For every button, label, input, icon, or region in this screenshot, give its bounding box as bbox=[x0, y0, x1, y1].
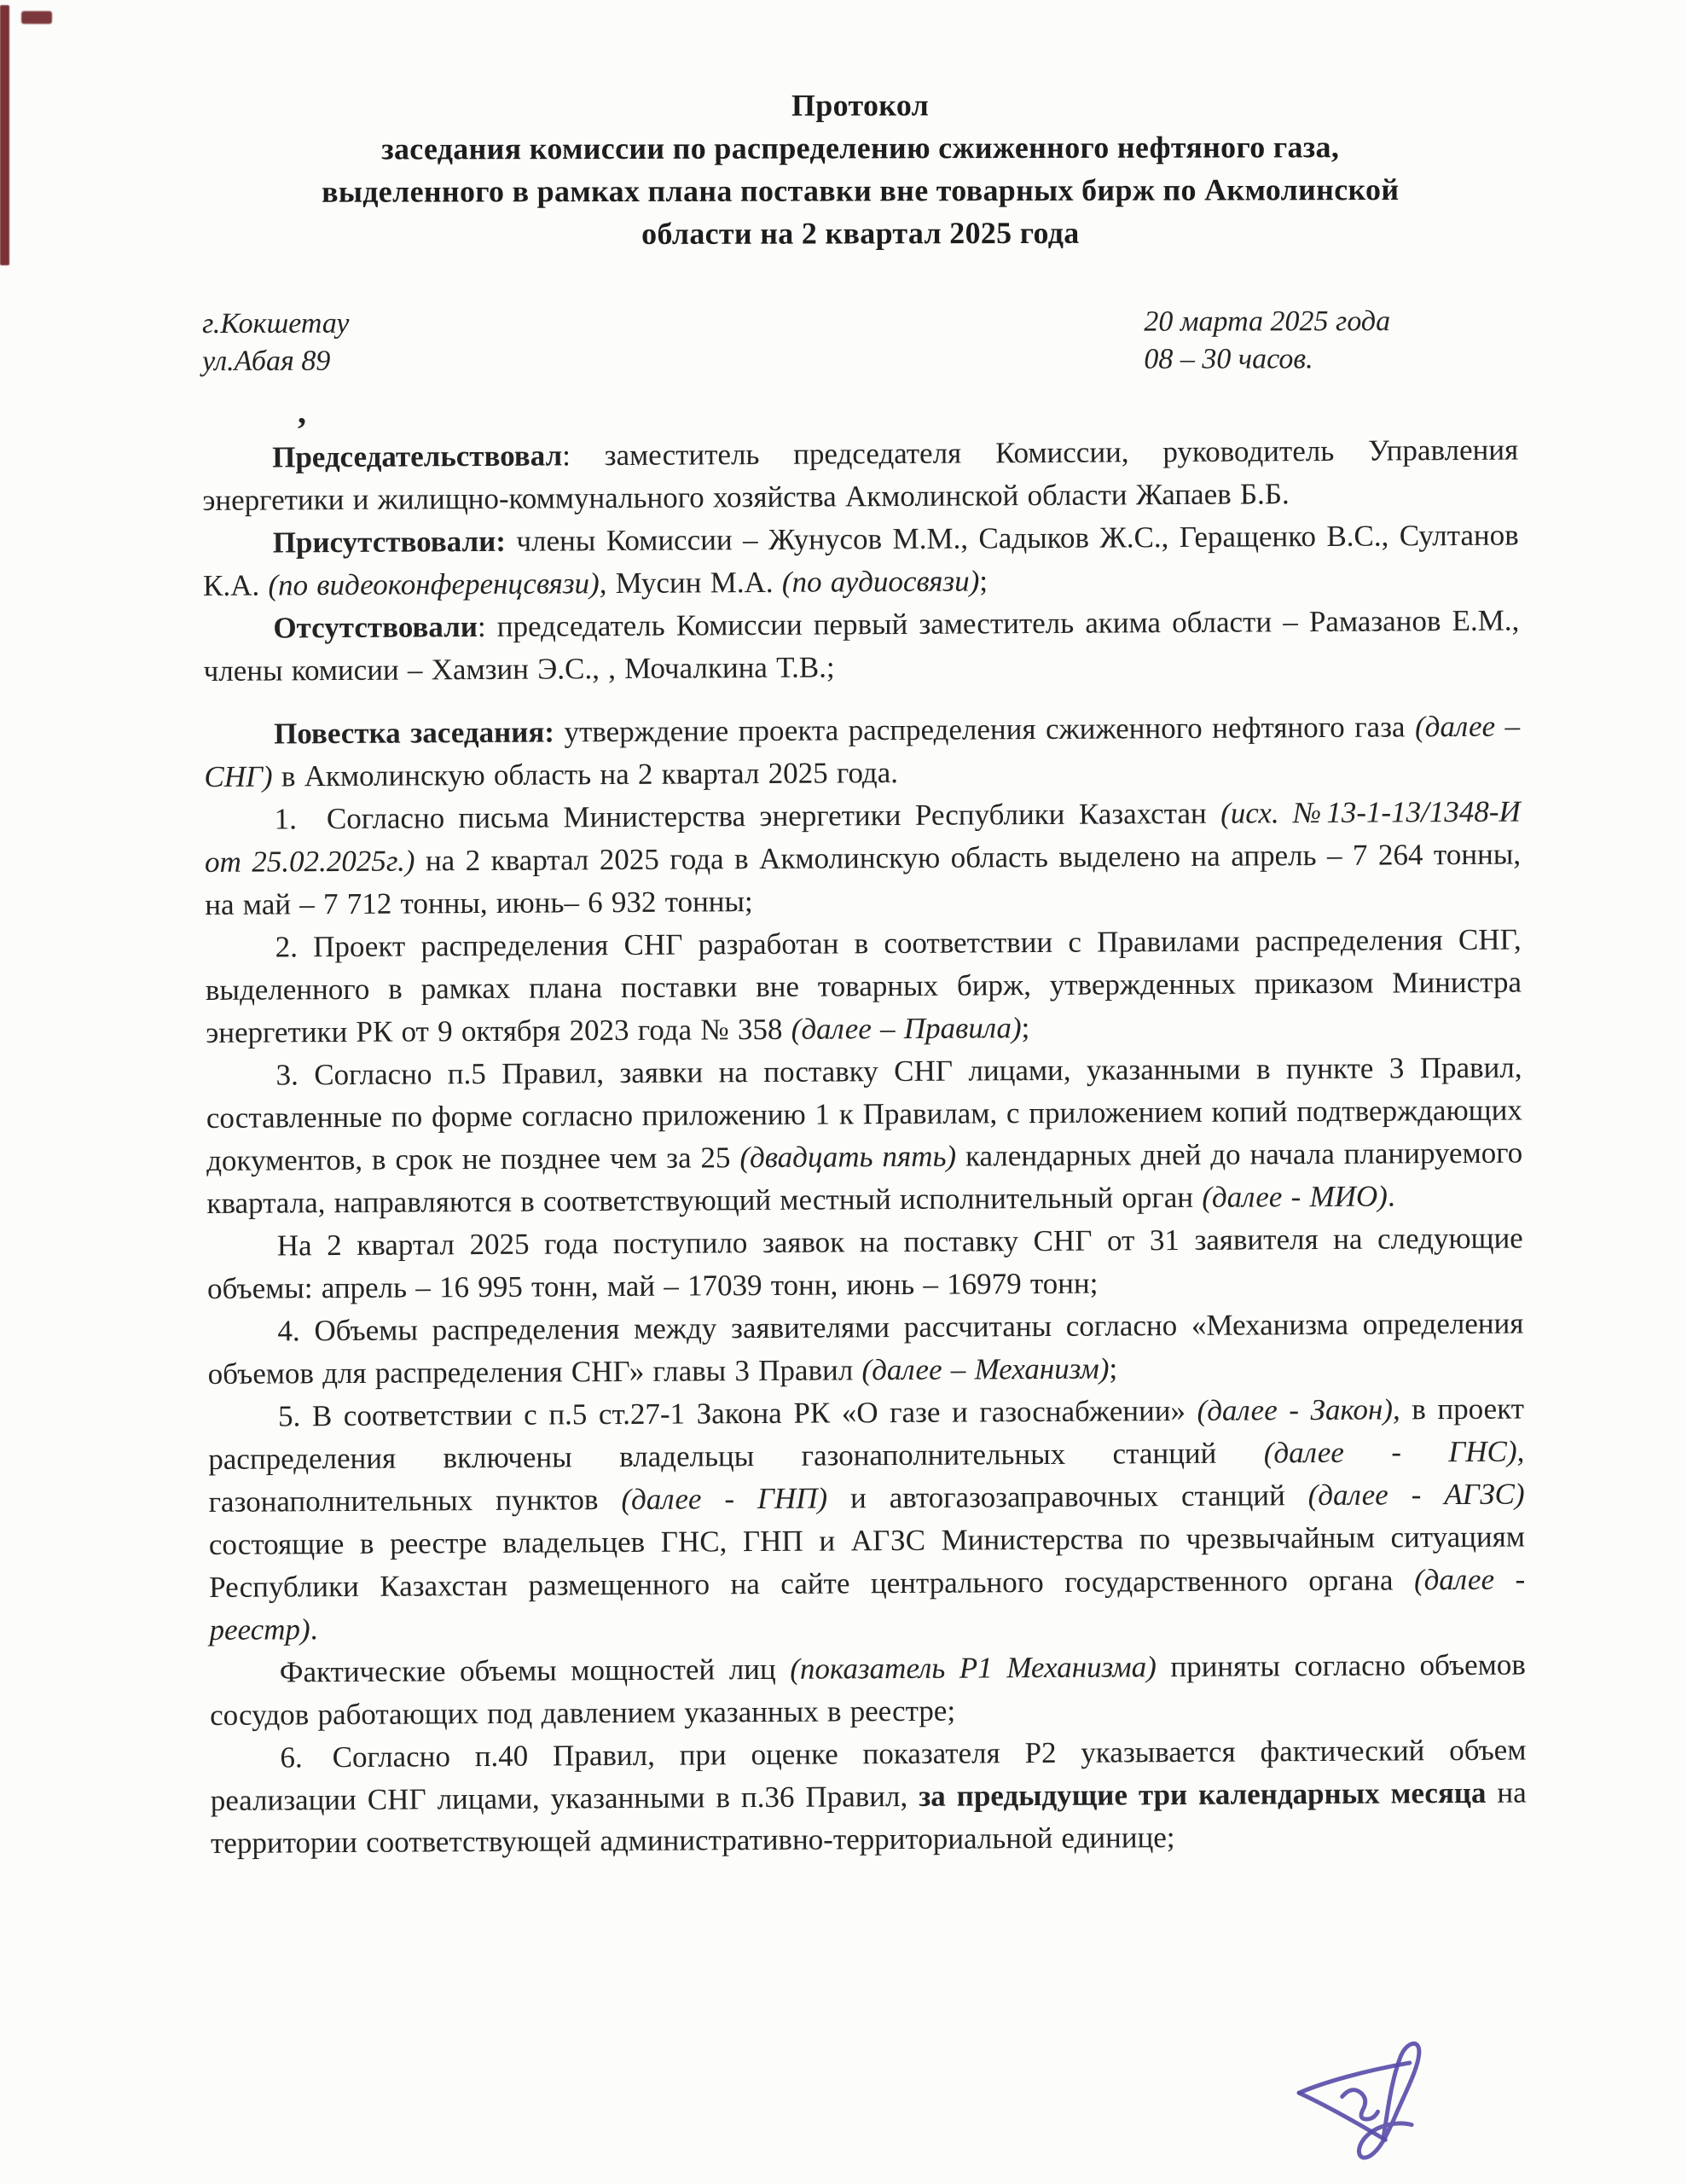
title-line: области на 2 квартал 2025 года bbox=[202, 211, 1518, 256]
paragraph: Присутствовали: члены Комиссии – Жунусов… bbox=[203, 514, 1520, 607]
text-run: (по видеоконференцсвязи), bbox=[268, 566, 606, 601]
text-run: газонаполнительных пунктов bbox=[209, 1483, 622, 1519]
document-body: Председательствовал: заместитель председ… bbox=[202, 429, 1527, 1865]
document-page: Протоколзаседания комиссии по распределе… bbox=[0, 0, 1687, 2184]
paragraph: Отсутствовали: председатель Комиссии пер… bbox=[203, 600, 1520, 693]
text-run: (далее - Закон), bbox=[1197, 1392, 1400, 1426]
text-run: (по аудиосвязи) bbox=[782, 564, 980, 598]
text-run: Повестка заседания: bbox=[274, 715, 554, 750]
text-run: (далее - МИО) bbox=[1202, 1180, 1388, 1214]
text-run: и автогазозаправочных станций bbox=[827, 1478, 1308, 1514]
meeting-city: г.Кокшетау bbox=[202, 305, 350, 343]
text-run: Председательствовал bbox=[272, 439, 562, 473]
text-run: Отсутствовали bbox=[273, 610, 478, 644]
paragraph: 5. В соответствии с п.5 ст.27-1 Закона Р… bbox=[208, 1388, 1526, 1652]
text-run: (далее – Механизм) bbox=[861, 1352, 1109, 1387]
text-run: Присутствовали: bbox=[273, 525, 506, 560]
title-line: Протокол bbox=[202, 83, 1518, 128]
text-run: за предыдущие три календарных месяца bbox=[919, 1776, 1487, 1813]
meeting-address: ул.Абая 89 bbox=[202, 343, 350, 380]
scan-edge-artifact-top bbox=[21, 11, 52, 24]
text-run: (далее – Правила) bbox=[791, 1011, 1022, 1046]
paragraph: 3. Согласно п.5 Правил, заявки на постав… bbox=[206, 1047, 1522, 1225]
signature-autograph bbox=[1290, 2035, 1447, 2175]
title-line: заседания комиссии по распределению сжиж… bbox=[202, 125, 1518, 171]
paragraph: 2. Проект распределения СНГ разработан в… bbox=[206, 919, 1522, 1054]
text-run: Фактические объемы мощностей лиц bbox=[280, 1653, 791, 1689]
text-run: На 2 квартал 2025 года поступило заявок … bbox=[207, 1222, 1523, 1305]
title-line: выделенного в рамках плана поставки вне … bbox=[202, 168, 1518, 213]
paragraph: 1. Согласно письма Министерства энергети… bbox=[205, 791, 1522, 926]
meeting-datetime-block: 20 марта 2025 года 08 – 30 часов. bbox=[1144, 303, 1390, 379]
text-run: (далее - АГЗС) bbox=[1308, 1478, 1525, 1513]
paragraph: Фактические объемы мощностей лиц (показа… bbox=[210, 1644, 1527, 1737]
text-run: Мусин М.А. bbox=[606, 566, 782, 600]
text-run: ; bbox=[979, 564, 988, 597]
text-run: 1. Согласно письма Министерства энергети… bbox=[275, 797, 1221, 836]
text-run: (далее - ГНС), bbox=[1264, 1435, 1525, 1470]
paragraph: Председательствовал: заместитель председ… bbox=[202, 429, 1519, 522]
document-content: Протоколзаседания комиссии по распределе… bbox=[202, 0, 1518, 1865]
text-run: 5. В соответствии с п.5 ст.27-1 Закона Р… bbox=[278, 1394, 1197, 1433]
paragraph: 6. Согласно п.40 Правил, при оценке пока… bbox=[210, 1729, 1527, 1865]
document-title: Протоколзаседания комиссии по распределе… bbox=[202, 83, 1518, 256]
meeting-place-block: г.Кокшетау ул.Абая 89 bbox=[202, 305, 350, 380]
paragraph: Повестка заседания: утверждение проекта … bbox=[204, 706, 1521, 799]
meeting-date: 20 марта 2025 года bbox=[1144, 303, 1390, 341]
text-run: ; bbox=[1021, 1011, 1029, 1044]
text-run: (показатель Р1 Механизма) bbox=[790, 1650, 1157, 1686]
text-run: . bbox=[310, 1612, 317, 1646]
text-run: (далее - ГНП) bbox=[621, 1482, 827, 1516]
text-run: (двадцать пять) bbox=[739, 1140, 956, 1175]
text-run: состоящие в реестре владельцев ГНС, ГНП … bbox=[209, 1520, 1525, 1604]
stray-comma-mark: , bbox=[298, 399, 1518, 425]
text-run: ; bbox=[1109, 1351, 1117, 1385]
text-run: . bbox=[1388, 1179, 1395, 1212]
meta-block: г.Кокшетау ул.Абая 89 20 марта 2025 года… bbox=[202, 303, 1518, 380]
scan-edge-artifact-left bbox=[0, 5, 9, 265]
paragraph: 4. Объемы распределения между заявителям… bbox=[207, 1303, 1524, 1396]
paragraph: На 2 квартал 2025 года поступило заявок … bbox=[207, 1217, 1524, 1310]
text-run: в Акмолинскую область на 2 квартал 2025 … bbox=[273, 756, 899, 793]
meeting-time: 08 – 30 часов. bbox=[1144, 340, 1390, 379]
text-run: утверждение проекта распределения сжижен… bbox=[554, 710, 1415, 748]
